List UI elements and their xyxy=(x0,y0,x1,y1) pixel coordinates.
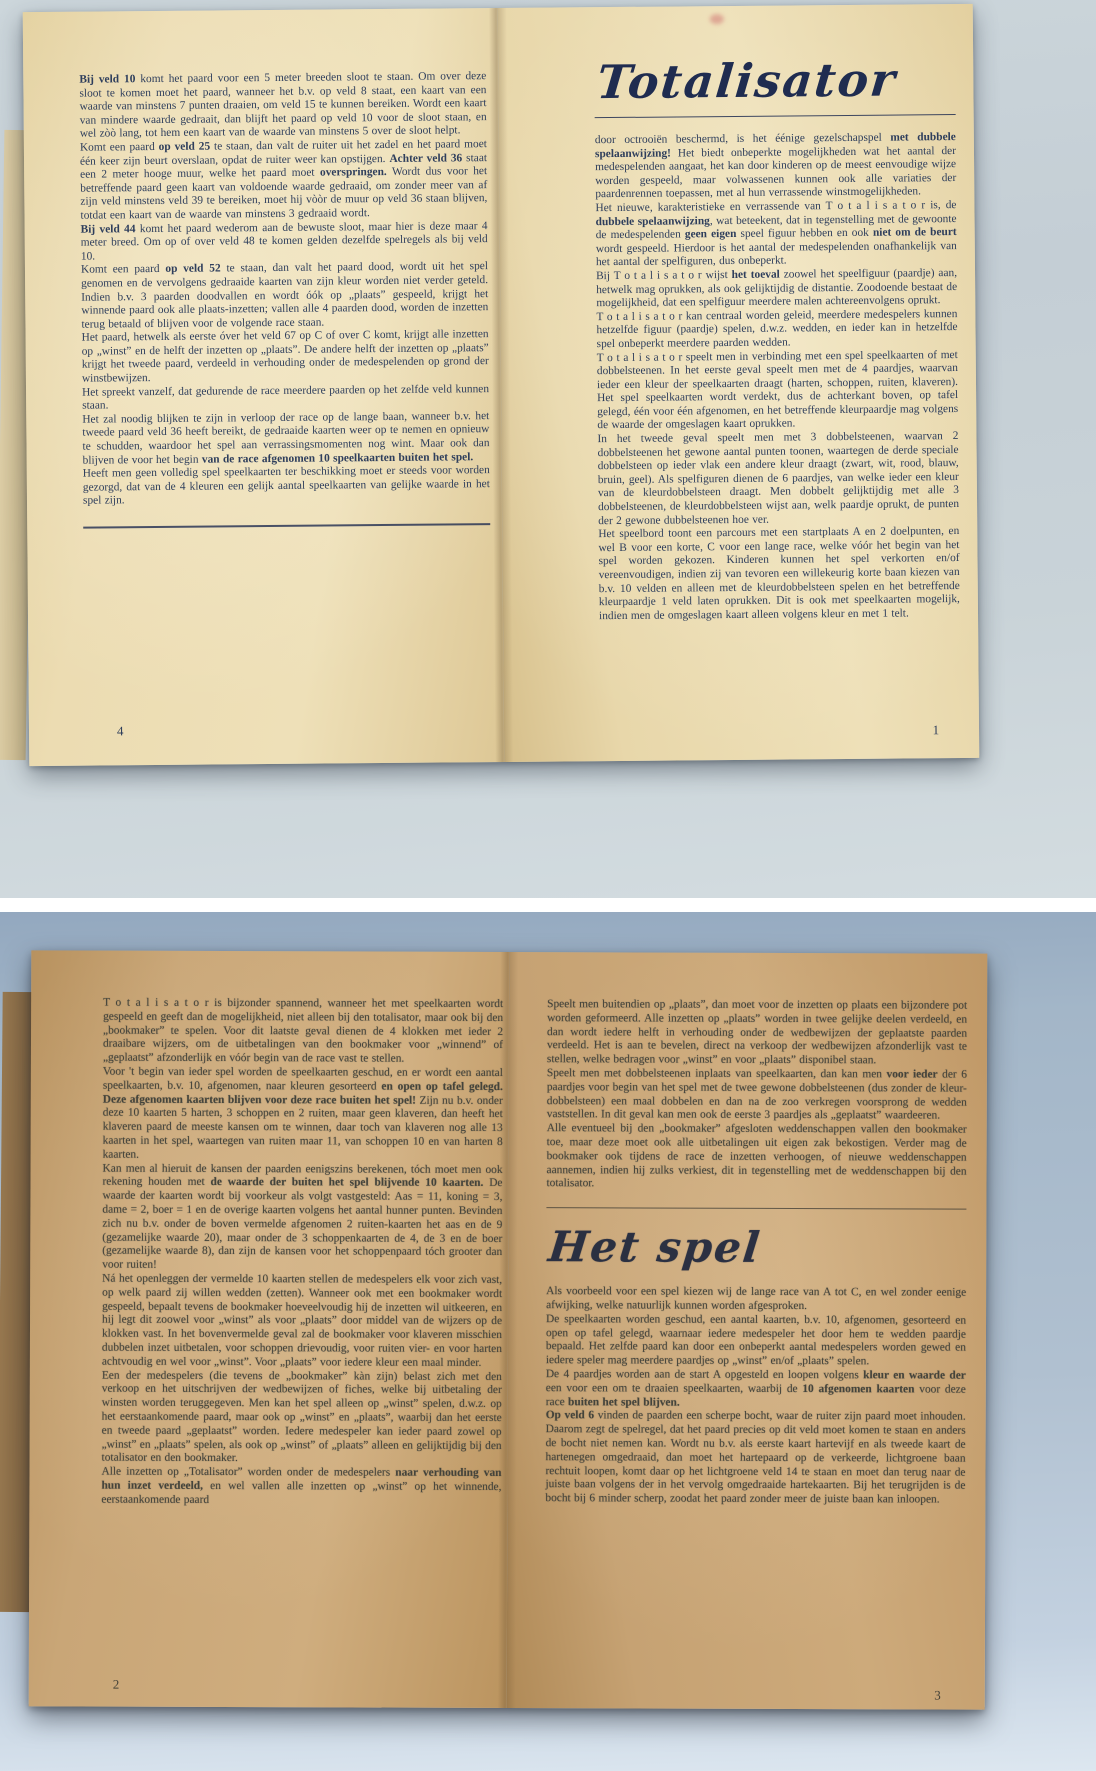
page-1: Totalisator door octrooiën beschermd, is… xyxy=(498,4,980,762)
paragraph: T o t a l i s a t o r is bijzonder spann… xyxy=(103,997,503,1067)
paragraph: Speelt men met dobbelsteenen inplaats va… xyxy=(547,1067,967,1124)
paragraph: Ná het openleggen der vermelde 10 kaarte… xyxy=(102,1273,502,1371)
page-2: T o t a l i s a t o r is bijzonder spann… xyxy=(29,950,510,1708)
paragraph: Bij veld 10 komt het paard voor een 5 me… xyxy=(79,70,487,142)
paragraph: Alle eventueel bij den „bookmaker” afges… xyxy=(546,1122,966,1192)
booklet-spread-top: Bij veld 10 komt het paard voor een 5 me… xyxy=(23,4,980,766)
paragraph: De speelkaarten worden geschud, een aant… xyxy=(546,1313,966,1370)
page-number: 3 xyxy=(934,1687,941,1703)
page-3: Speelt men buitendien op „plaats”, dan m… xyxy=(507,952,988,1710)
paragraph: Komt een paard op veld 52 te staan, dan … xyxy=(81,260,489,332)
photo-top: Bij veld 10 komt het paard voor een 5 me… xyxy=(0,0,1096,898)
paragraph: door octrooiën beschermd, is het éénige … xyxy=(595,131,957,202)
photo-bottom: T o t a l i s a t o r is bijzonder spann… xyxy=(0,912,1096,1771)
page-4: Bij veld 10 komt het paard voor een 5 me… xyxy=(23,8,505,766)
paragraph: Het zal noodig blijken te zijn in verloo… xyxy=(82,410,489,468)
paragraph: Als voorbeeld voor een spel kiezen wij d… xyxy=(546,1285,966,1314)
paragraph: Kan men al hieruit de kansen der paarden… xyxy=(102,1162,502,1274)
paragraph: T o t a l i s a t o r speelt men in verb… xyxy=(597,349,959,434)
paper-stain xyxy=(710,14,724,24)
paragraph: Het paard, hetwelk als eerste óver het v… xyxy=(82,328,489,386)
paragraph: Bij veld 44 komt het paard wederom aan d… xyxy=(81,220,488,264)
paragraph: Alle inzetten op „Totalisator” worden on… xyxy=(101,1466,501,1509)
paragraph: Bij T o t a l i s a t o r wijst het toev… xyxy=(596,267,957,311)
paragraph: De 4 paardjes worden aan de start A opge… xyxy=(546,1368,966,1411)
booklet-spread-bottom: T o t a l i s a t o r is bijzonder spann… xyxy=(29,950,988,1709)
paragraph: Voor 't begin van ieder spel worden de s… xyxy=(103,1066,503,1164)
title-underline xyxy=(595,114,956,118)
paragraph: Heeft men geen volledig spel speelkaarte… xyxy=(83,464,490,508)
paragraph: Op veld 6 vinden de paarden een scherpe … xyxy=(545,1409,965,1507)
paragraph: Het speelbord toont een parcours met een… xyxy=(598,525,960,623)
paragraph: T o t a l i s a t o r kan centraal worde… xyxy=(596,308,957,352)
page-number: 1 xyxy=(932,722,939,738)
paragraph: Het nieuwe, karakteristieke en verrassen… xyxy=(595,199,957,270)
paragraph: Speelt men buitendien op „plaats”, dan m… xyxy=(547,998,967,1068)
paragraph: Het spreekt vanzelf, dat gedurende de ra… xyxy=(82,383,489,414)
paragraph: In het tweede geval speelt men met 3 dob… xyxy=(597,430,959,528)
photo-collage: Bij veld 10 komt het paard voor een 5 me… xyxy=(0,0,1096,1771)
divider-rule xyxy=(83,523,490,529)
divider-rule xyxy=(546,1207,966,1209)
booklet-title-script: Totalisator xyxy=(595,52,961,109)
page-number: 4 xyxy=(117,723,124,739)
paragraph: Een der medespelers (die tevens de „book… xyxy=(102,1369,502,1467)
page-number: 2 xyxy=(113,1677,120,1693)
spacer xyxy=(546,1271,966,1286)
section-title-script: Het spel xyxy=(546,1222,971,1272)
paragraph: Komt een paard op veld 25 te staan, dan … xyxy=(80,138,488,223)
